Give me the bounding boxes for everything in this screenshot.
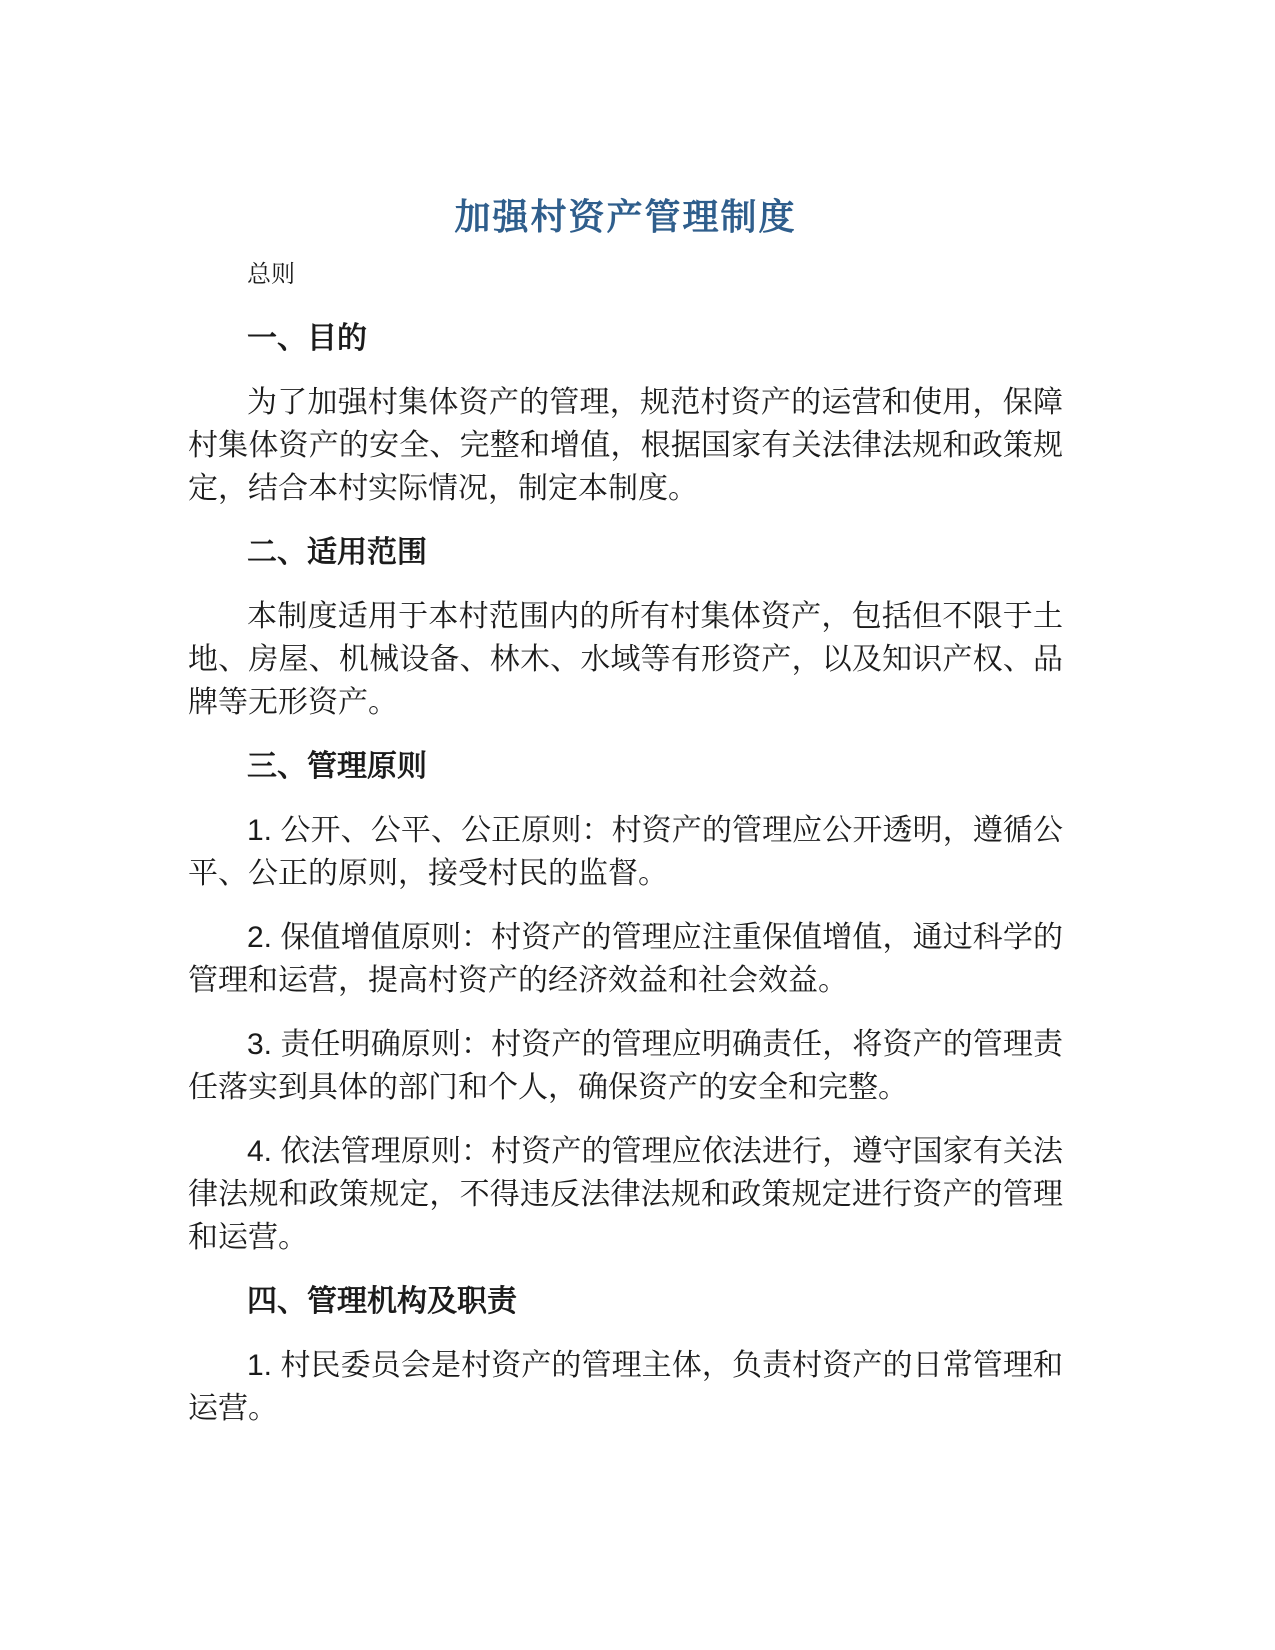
section-heading-purpose: 一、目的 (188, 317, 1063, 360)
document-content: 加强村资产管理制度 总则 一、目的 为了加强村集体资产的管理，规范村资产的运营和… (188, 193, 1063, 1451)
paragraph-numbered-item: 3. 责任明确原则：村资产的管理应明确责任，将资产的管理责任落实到具体的部门和个… (188, 1023, 1063, 1109)
paragraph: 为了加强村集体资产的管理，规范村资产的运营和使用，保障村集体资产的安全、完整和增… (188, 381, 1063, 510)
section-heading-principles: 三、管理原则 (188, 745, 1063, 788)
document-title: 加强村资产管理制度 (188, 193, 1063, 241)
paragraph: 本制度适用于本村范围内的所有村集体资产，包括但不限于土地、房屋、机械设备、林木、… (188, 595, 1063, 724)
paragraph-numbered-item: 1. 公开、公平、公正原则：村资产的管理应公开透明，遵循公平、公正的原则，接受村… (188, 809, 1063, 895)
paragraph-numbered-item: 4. 依法管理原则：村资产的管理应依法进行，遵守国家有关法律法规和政策规定，不得… (188, 1130, 1063, 1259)
section-heading-scope: 二、适用范围 (188, 531, 1063, 574)
paragraph-numbered-item: 1. 村民委员会是村资产的管理主体，负责村资产的日常管理和运营。 (188, 1344, 1063, 1430)
section-heading-organization: 四、管理机构及职责 (188, 1280, 1063, 1323)
document-subtitle: 总则 (188, 253, 1063, 296)
paragraph-numbered-item: 2. 保值增值原则：村资产的管理应注重保值增值，通过科学的管理和运营，提高村资产… (188, 916, 1063, 1002)
document-page: 加强村资产管理制度 总则 一、目的 为了加强村集体资产的管理，规范村资产的运营和… (0, 0, 1275, 1650)
